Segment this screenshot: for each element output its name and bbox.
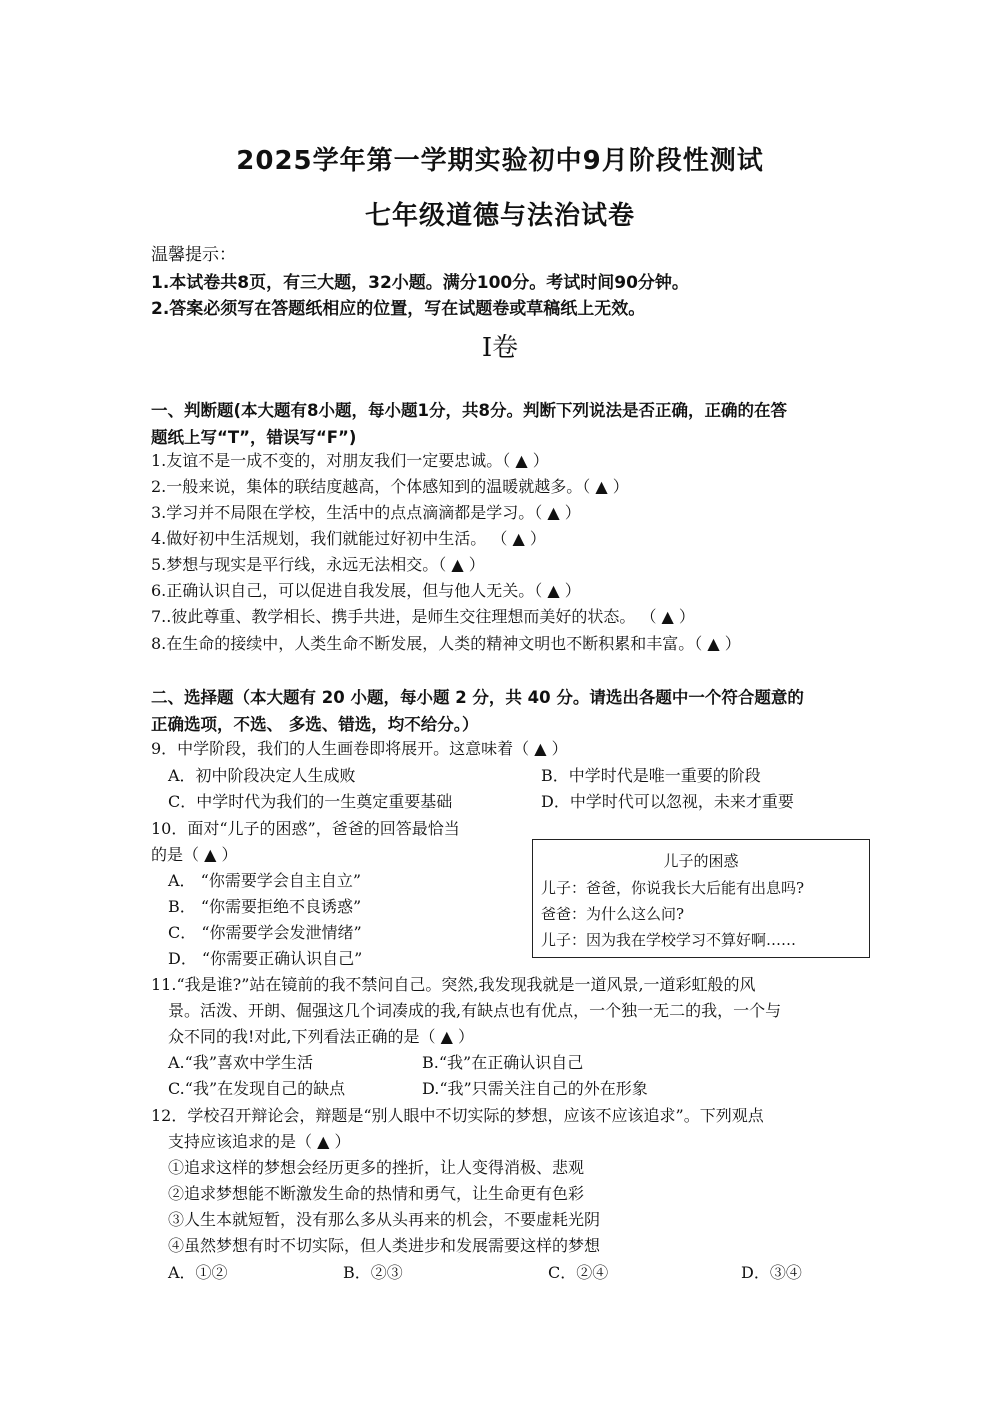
q12-option-a: A．①② bbox=[168, 1260, 228, 1286]
box-dialog-line-1: 儿子：爸爸，你说我长大后能有出息吗? bbox=[541, 877, 804, 898]
section2-heading-line1: 二、选择题（本大题有 20 小题，每小题 2 分，共 40 分。请选出各题中一个… bbox=[151, 684, 871, 711]
q11-option-c: C.“我”在发现自己的缺点 bbox=[168, 1076, 345, 1102]
volume-label: Ⅰ卷 bbox=[0, 327, 1000, 364]
q12-stem-line1: 12．学校召开辩论会，辩题是“别人眼中不切实际的梦想，应该不应该追求”。下列观点 bbox=[151, 1103, 764, 1129]
judge-question-8: 8.在生命的接续中，人类生命不断发展，人类的精神文明也不断积累和丰富。（ ▲ ） bbox=[151, 631, 741, 657]
q11-stem-line1: 11.“我是谁?”站在镜前的我不禁问自己。突然,我发现我就是一道风景,一道彩虹般… bbox=[151, 972, 756, 998]
q11-option-d: D.“我”只需关注自己的外在形象 bbox=[422, 1076, 648, 1102]
q12-statement-1: ①追求这样的梦想会经历更多的挫折，让人变得消极、悲观 bbox=[168, 1155, 584, 1181]
q12-statement-2: ②追求梦想能不断激发生命的热情和勇气，让生命更有色彩 bbox=[168, 1181, 584, 1207]
q9-option-a: A．初中阶段决定人生成败 bbox=[168, 763, 356, 789]
section1-heading: 一、判断题(本大题有8小题，每小题1分，共8分。判断下列说法是否正确，正确的在答… bbox=[151, 397, 871, 451]
q9-stem: 9．中学阶段，我们的人生画卷即将展开。这意味着（ ▲ ） bbox=[151, 736, 568, 762]
q10-option-a: A． “你需要学会自主自立” bbox=[168, 868, 361, 894]
judge-question-3: 3.学习并不局限在学校，生活中的点点滴滴都是学习。（ ▲ ） bbox=[151, 500, 581, 526]
section2-heading-line2: 正确选项，不选、 多选、错选，均不给分。） bbox=[151, 711, 871, 738]
tips-heading: 温馨提示： bbox=[151, 240, 236, 265]
exam-subtitle: 七年级道德与法治试卷 bbox=[0, 195, 1000, 232]
judge-question-7: 7..彼此尊重、教学相长、携手共进，是师生交往理想而美好的状态。 （ ▲ ） bbox=[151, 604, 695, 630]
q11-option-b: B.“我”在正确认识自己 bbox=[422, 1050, 583, 1076]
tip-2: 2.答案必须写在答题纸相应的位置，写在试题卷或草稿纸上无效。 bbox=[151, 294, 645, 319]
q9-option-b: B．中学时代是唯一重要的阶段 bbox=[541, 763, 761, 789]
q10-stem-line2: 的是（ ▲ ） bbox=[151, 842, 237, 868]
q11-option-a: A.“我”喜欢中学生活 bbox=[168, 1050, 313, 1076]
section1-heading-line2: 题纸上写“T”，错误写“F”) bbox=[151, 424, 871, 451]
judge-question-4: 4.做好初中生活规划，我们就能过好初中生活。 （ ▲ ） bbox=[151, 526, 546, 552]
q12-statement-4: ④虽然梦想有时不切实际，但人类进步和发展需要这样的梦想 bbox=[168, 1233, 600, 1259]
tip-1: 1.本试卷共8页，有三大题，32小题。满分100分。考试时间90分钟。 bbox=[151, 268, 689, 293]
judge-question-5: 5.梦想与现实是平行线，永远无法相交。（ ▲ ） bbox=[151, 552, 485, 578]
q12-option-c: C．②④ bbox=[548, 1260, 608, 1286]
box-dialog-line-2: 爸爸：为什么这么问? bbox=[541, 903, 684, 924]
son-confusion-box: 儿子的困惑 儿子：爸爸，你说我长大后能有出息吗? 爸爸：为什么这么问? 儿子：因… bbox=[532, 839, 870, 958]
q9-option-d: D．中学时代可以忽视，未来才重要 bbox=[541, 789, 794, 815]
judge-question-1: 1.友谊不是一成不变的，对朋友我们一定要忠诚。（ ▲ ） bbox=[151, 448, 549, 474]
exam-title: 2025学年第一学期实验初中9月阶段性测试 bbox=[0, 140, 1000, 177]
judge-question-2: 2.一般来说，集体的联结度越高，个体感知到的温暖就越多。（ ▲ ） bbox=[151, 474, 629, 500]
section1-heading-line1: 一、判断题(本大题有8小题，每小题1分，共8分。判断下列说法是否正确，正确的在答 bbox=[151, 397, 871, 424]
judge-question-6: 6.正确认识自己，可以促进自我发展，但与他人无关。（ ▲ ） bbox=[151, 578, 581, 604]
q11-stem-line3: 众不同的我!对此,下列看法正确的是（ ▲ ） bbox=[168, 1024, 474, 1050]
q11-stem-line2: 景。活泼、开朗、倔强这几个词凑成的我,有缺点也有优点，一个独一无二的我，一个与 bbox=[168, 998, 781, 1024]
q12-option-d: D．③④ bbox=[741, 1260, 802, 1286]
q10-stem-line1: 10．面对“儿子的困惑”，爸爸的回答最恰当 bbox=[151, 816, 460, 842]
q9-option-c: C．中学时代为我们的一生奠定重要基础 bbox=[168, 789, 452, 815]
section2-heading: 二、选择题（本大题有 20 小题，每小题 2 分，共 40 分。请选出各题中一个… bbox=[151, 684, 871, 738]
q12-statement-3: ③人生本就短暂，没有那么多从头再来的机会，不要虚耗光阴 bbox=[168, 1207, 600, 1233]
box-dialog-line-3: 儿子：因为我在学校学习不算好啊…… bbox=[541, 929, 796, 950]
q10-option-d: D． “你需要正确认识自己” bbox=[168, 946, 362, 972]
q10-option-c: C． “你需要学会发泄情绪” bbox=[168, 920, 362, 946]
q12-option-b: B．②③ bbox=[343, 1260, 403, 1286]
box-title: 儿子的困惑 bbox=[533, 850, 869, 871]
q10-option-b: B． “你需要拒绝不良诱惑” bbox=[168, 894, 361, 920]
q12-stem-line2: 支持应该追求的是（ ▲ ） bbox=[168, 1129, 350, 1155]
